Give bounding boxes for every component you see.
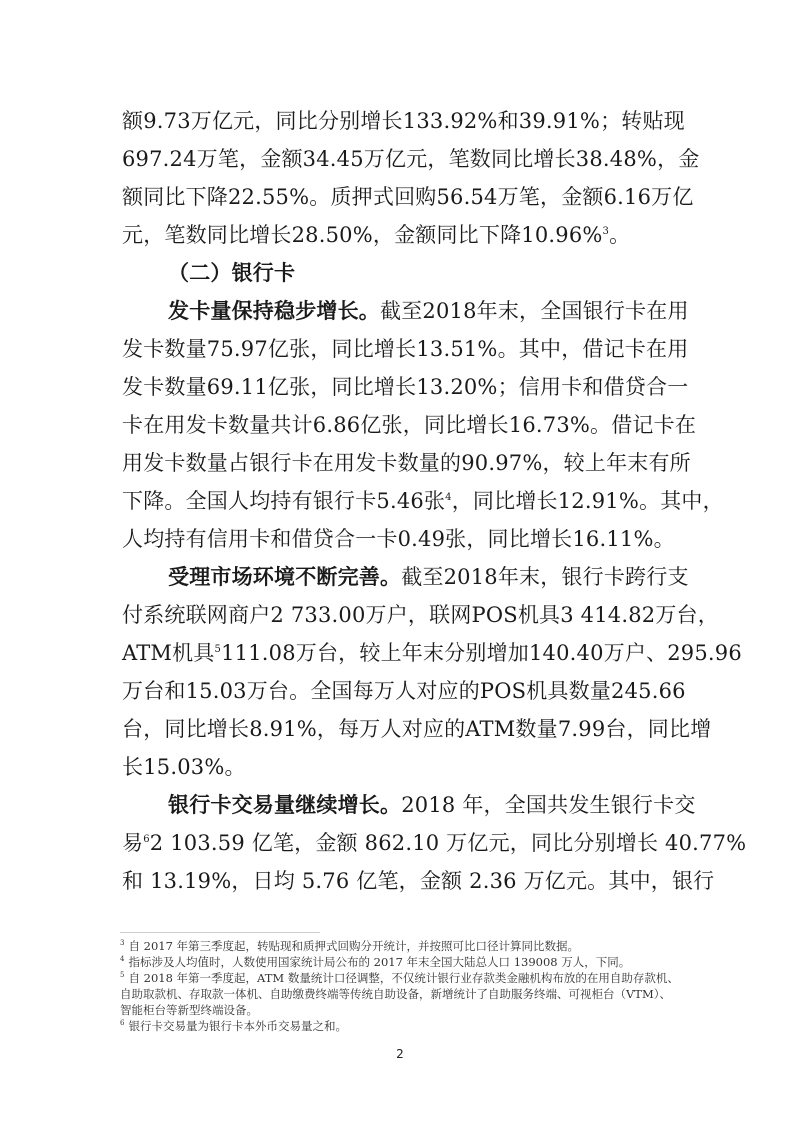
footnote-5: 5自 2018 年第一季度起，ATM 数量统计口径调整，不仅统计银行业存款类金融… — [120, 970, 682, 986]
text-line: 付系统联网商户2 733.00万户，联网POS机具3 414.82万台， — [122, 596, 680, 634]
footnote-4: 4指标涉及人均值时，人数使用国家统计局公布的 2017 年末全国大陆总人口 13… — [120, 954, 682, 970]
text-line: 元，笔数同比增长28.50%，金额同比下降10.96%3。 — [122, 216, 680, 254]
footnotes: 3自 2017 年第三季度起，转贴现和质押式回购分开统计，并按照可比口径计算同比… — [120, 938, 682, 1034]
footnote-text: 银行卡交易量为银行卡本外币交易量之和。 — [128, 1019, 347, 1033]
text-line: 下降。全国人均持有银行卡5.46张4，同比增长12.91%。其中， — [122, 482, 680, 520]
text: 下降。全国人均持有银行卡5.46张 — [122, 489, 445, 513]
body-text: 额9.73万亿元，同比分别增长133.92%和39.91%；转贴现 697.24… — [122, 102, 680, 900]
text: 元，笔数同比增长28.50%，金额同比下降10.96% — [122, 223, 603, 247]
footnote-text: 自 2017 年第三季度起，转贴现和质押式回购分开统计，并按照可比口径计算同比数… — [128, 939, 579, 953]
footnote-text: 指标涉及人均值时，人数使用国家统计局公布的 2017 年末全国大陆总人口 139… — [128, 955, 630, 969]
text-line: 万台和15.03万台。全国每万人对应的POS机具数量245.66 — [122, 672, 680, 710]
page-number: 2 — [0, 1047, 800, 1061]
text-line: 台，同比增长8.91%，每万人对应的ATM数量7.99台，同比增 — [122, 710, 680, 748]
text: ATM机具 — [122, 641, 215, 665]
paragraph-lead: 银行卡交易量继续增长。 — [168, 793, 401, 817]
text-line: 发卡量保持稳步增长。截至2018年末，全国银行卡在用 — [122, 292, 680, 330]
text-line: 受理市场环境不断完善。截至2018年末，银行卡跨行支 — [122, 558, 680, 596]
paragraph-lead: 受理市场环境不断完善。 — [168, 565, 401, 589]
section-heading: （二）银行卡 — [122, 254, 680, 292]
footnote-6: 6银行卡交易量为银行卡本外币交易量之和。 — [120, 1018, 682, 1034]
footnote-5-continued: 自助取款机、存取款一体机、自助缴费终端等传统自助设备，新增统计了自助服务终端、可… — [120, 986, 682, 1002]
paragraph-card-issuance: 发卡量保持稳步增长。截至2018年末，全国银行卡在用 发卡数量75.97亿张，同… — [122, 292, 680, 558]
text-line: 卡在用发卡数量共计6.86亿张，同比增长16.73%。借记卡在 — [122, 406, 680, 444]
footnote-number: 3 — [120, 939, 124, 947]
text-line: 发卡数量69.11亿张，同比增长13.20%；信用卡和借贷合一 — [122, 368, 680, 406]
footnote-3: 3自 2017 年第三季度起，转贴现和质押式回购分开统计，并按照可比口径计算同比… — [120, 938, 682, 954]
text: 易 — [122, 831, 143, 855]
text: 。 — [609, 223, 630, 247]
text: 2 103.59 亿笔，金额 862.10 万亿元，同比分别增长 40.77% — [150, 831, 747, 855]
text: 截至2018年末，全国银行卡在用 — [380, 299, 689, 323]
text-line: 长15.03%。 — [122, 748, 680, 786]
paragraph-lead: 发卡量保持稳步增长。 — [168, 299, 380, 323]
footnote-separator — [120, 932, 320, 933]
text-line: 人均持有信用卡和借贷合一卡0.49张，同比增长16.11%。 — [122, 520, 680, 558]
text-line: 和 13.19%，日均 5.76 亿笔，金额 2.36 万亿元。其中，银行 — [122, 862, 680, 900]
text-line: 额同比下降22.55%。质押式回购56.54万笔，金额6.16万亿 — [122, 178, 680, 216]
footnote-number: 6 — [120, 1019, 124, 1027]
text-line: 用发卡数量占银行卡在用发卡数量的90.97%，较上年末有所 — [122, 444, 680, 482]
text-line: ATM机具5111.08万台，较上年末分别增加140.40万户、295.96 — [122, 634, 680, 672]
text: 111.08万台，较上年末分别增加140.40万户、295.96 — [221, 641, 742, 665]
footnote-number: 4 — [120, 955, 124, 963]
text-line: 额9.73万亿元，同比分别增长133.92%和39.91%；转贴现 — [122, 102, 680, 140]
document-page: 额9.73万亿元，同比分别增长133.92%和39.91%；转贴现 697.24… — [0, 0, 800, 1131]
paragraph-acceptance-market: 受理市场环境不断完善。截至2018年末，银行卡跨行支 付系统联网商户2 733.… — [122, 558, 680, 786]
text-line: 银行卡交易量继续增长。2018 年，全国共发生银行卡交 — [122, 786, 680, 824]
text: 截至2018年末，银行卡跨行支 — [401, 565, 688, 589]
footnote-5-continued: 智能柜台等新型终端设备。 — [120, 1002, 682, 1018]
text-line: 697.24万笔，金额34.45万亿元，笔数同比增长38.48%，金 — [122, 140, 680, 178]
paragraph-transaction-volume: 银行卡交易量继续增长。2018 年，全国共发生银行卡交 易62 103.59 亿… — [122, 786, 680, 900]
text-line: 易62 103.59 亿笔，金额 862.10 万亿元，同比分别增长 40.77… — [122, 824, 680, 862]
footnote-number: 5 — [120, 971, 124, 979]
text: 2018 年，全国共发生银行卡交 — [401, 793, 695, 817]
footnote-text: 自 2018 年第一季度起，ATM 数量统计口径调整，不仅统计银行业存款类金融机… — [128, 971, 678, 985]
text: ，同比增长12.91%。其中， — [452, 489, 724, 513]
text-line: 发卡数量75.97亿张，同比增长13.51%。其中，借记卡在用 — [122, 330, 680, 368]
